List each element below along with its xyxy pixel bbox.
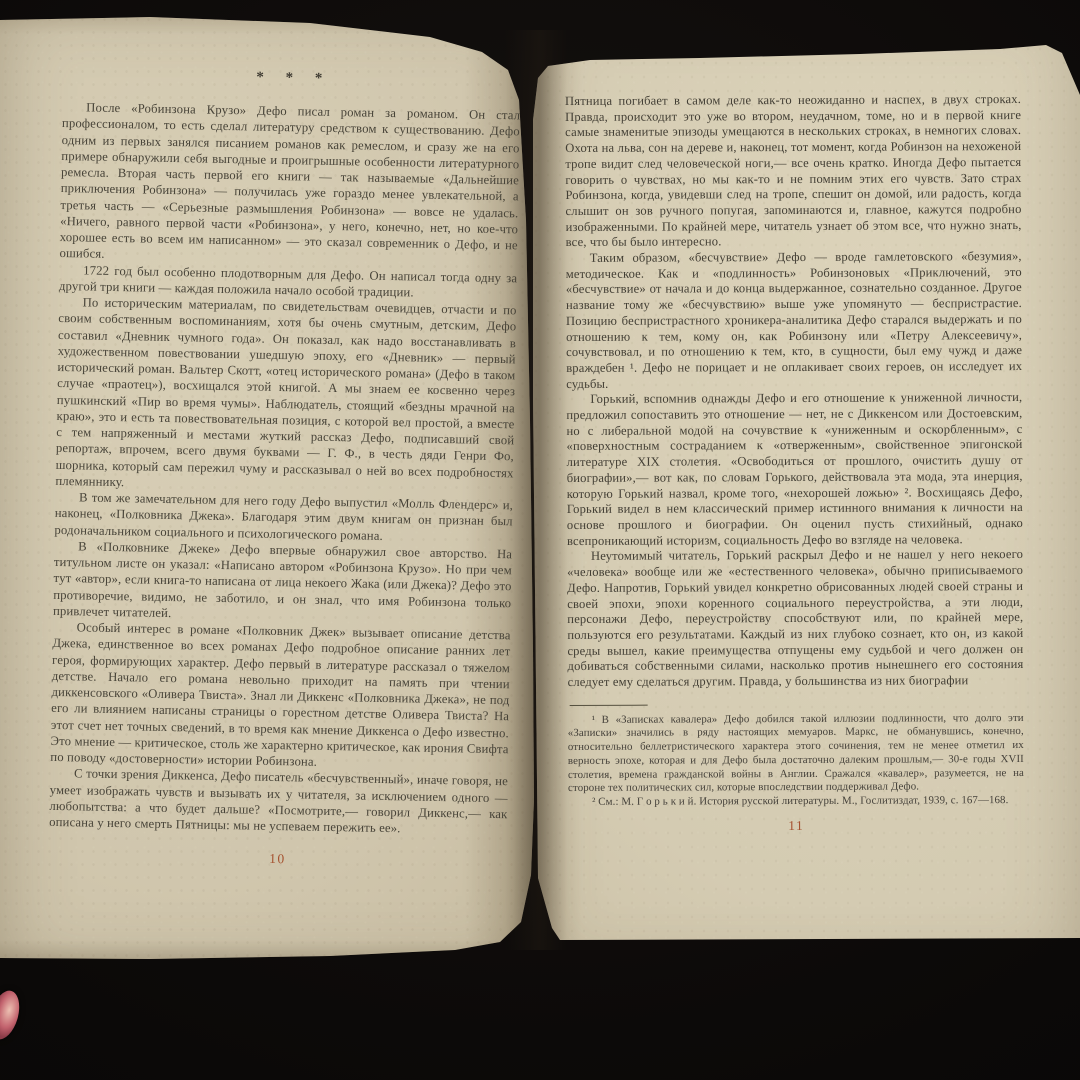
paragraph: По историческим материалам, по свидетель… <box>55 294 516 497</box>
paragraph: В «Полковнике Джеке» Дефо впервые обнару… <box>53 538 512 628</box>
right-page-body: Пятница погибает в самом деле как-то нео… <box>565 92 1024 691</box>
right-page-footnotes: ¹ В «Записках кавалера» Дефо добился так… <box>568 712 1024 810</box>
paragraph: Неутомимый читатель, Горький раскрыл Деф… <box>567 547 1024 690</box>
pink-object <box>0 987 24 1043</box>
footnote: ² См.: М. Г о р ь к и й. История русской… <box>568 794 1024 810</box>
left-page-body: После «Робинзона Крузо» Дефо писал роман… <box>49 99 520 839</box>
paragraph: Таким образом, «бесчувствие» Дефо — врод… <box>566 249 1023 392</box>
footnote-rule <box>570 704 648 705</box>
paragraph: Особый интерес в романе «Полковник Джек»… <box>50 619 511 774</box>
page-number-right: 11 <box>568 817 1024 835</box>
footnote: ¹ В «Записках кавалера» Дефо добился так… <box>568 712 1024 796</box>
paragraph: С точки зрения Диккенса, Дефо писатель «… <box>49 765 508 838</box>
paragraph: После «Робинзона Крузо» Дефо писал роман… <box>59 99 520 270</box>
paragraph: Горький, вспомнив однажды Дефо и его отн… <box>566 390 1023 549</box>
paragraph: В том же замечательном для него году Деф… <box>54 489 513 546</box>
book-photo: * * * После «Робинзона Крузо» Дефо писал… <box>0 0 1080 1080</box>
right-page-text: Пятница погибает в самом деле как-то нео… <box>565 92 1024 835</box>
paragraph: Пятница погибает в самом деле как-то нео… <box>565 92 1022 251</box>
left-page-text: * * * После «Робинзона Крузо» Дефо писал… <box>48 66 521 872</box>
